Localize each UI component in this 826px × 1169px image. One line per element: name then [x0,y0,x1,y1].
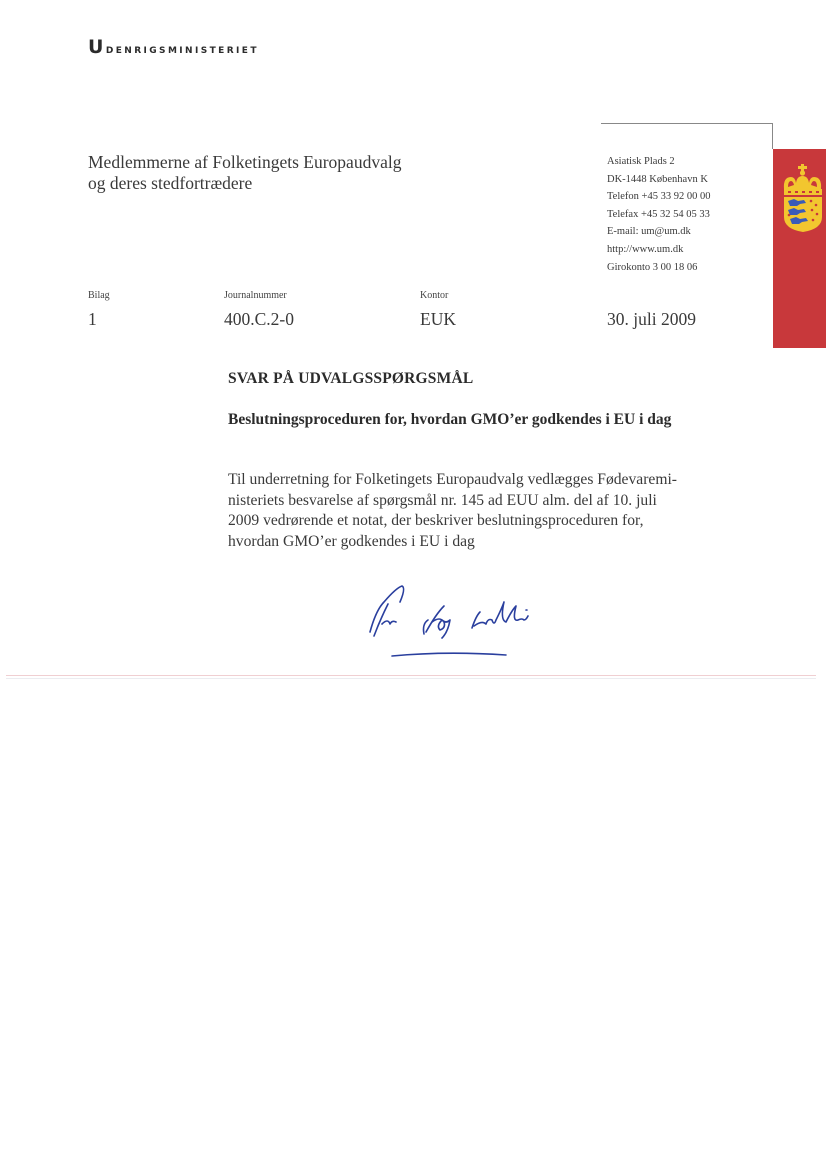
address-phone: Telefon +45 33 92 00 00 [607,188,710,206]
bilag-value: 1 [88,309,97,330]
coat-of-arms-icon [781,163,826,233]
sender-address-block: Asiatisk Plads 2 DK-1448 København K Tel… [607,153,710,276]
address-giro: Girokonto 3 00 18 06 [607,259,710,277]
handwritten-signature [366,580,566,670]
address-city: DK-1448 København K [607,171,710,189]
journal-value: 400.C.2-0 [224,309,294,330]
letterhead-rest: denrigsministeriet [106,41,259,57]
journal-label: Journalnummer [224,290,287,301]
letter-date: 30. juli 2009 [607,309,696,330]
body-line: 2009 vedrørende et notat, der beskriver … [228,511,728,532]
letter-body: Til underretning for Folketingets Europa… [228,470,728,552]
body-line: Til underretning for Folketingets Europa… [228,470,728,491]
kontor-value: EUK [420,309,456,330]
address-web: http://www.um.dk [607,241,710,259]
address-divider-vertical [772,123,773,149]
body-line: nisteriets besvarelse af spørgsmål nr. 1… [228,491,728,512]
subject-heading: SVAR PÅ UDVALGSSPØRGSMÅL [228,370,473,388]
address-email: E-mail: um@um.dk [607,223,710,241]
address-fax: Telefax +45 32 54 05 33 [607,206,710,224]
bilag-label: Bilag [88,290,110,301]
recipient-line-2: og deres stedfortrædere [88,173,401,194]
letter-title: Beslutningsproceduren for, hvordan GMO’e… [228,409,728,430]
scan-artifact-line [6,678,816,679]
recipient-block: Medlemmerne af Folketingets Europaudvalg… [88,152,401,194]
recipient-line-1: Medlemmerne af Folketingets Europaudvalg [88,152,401,173]
address-street: Asiatisk Plads 2 [607,153,710,171]
ministry-letterhead: Udenrigsministeriet [88,36,259,58]
address-divider [601,123,773,124]
scan-artifact-line [6,675,816,676]
letterhead-initial: U [88,36,106,58]
kontor-label: Kontor [420,290,448,301]
body-line: hvordan GMO’er godkendes i EU i dag [228,532,728,553]
